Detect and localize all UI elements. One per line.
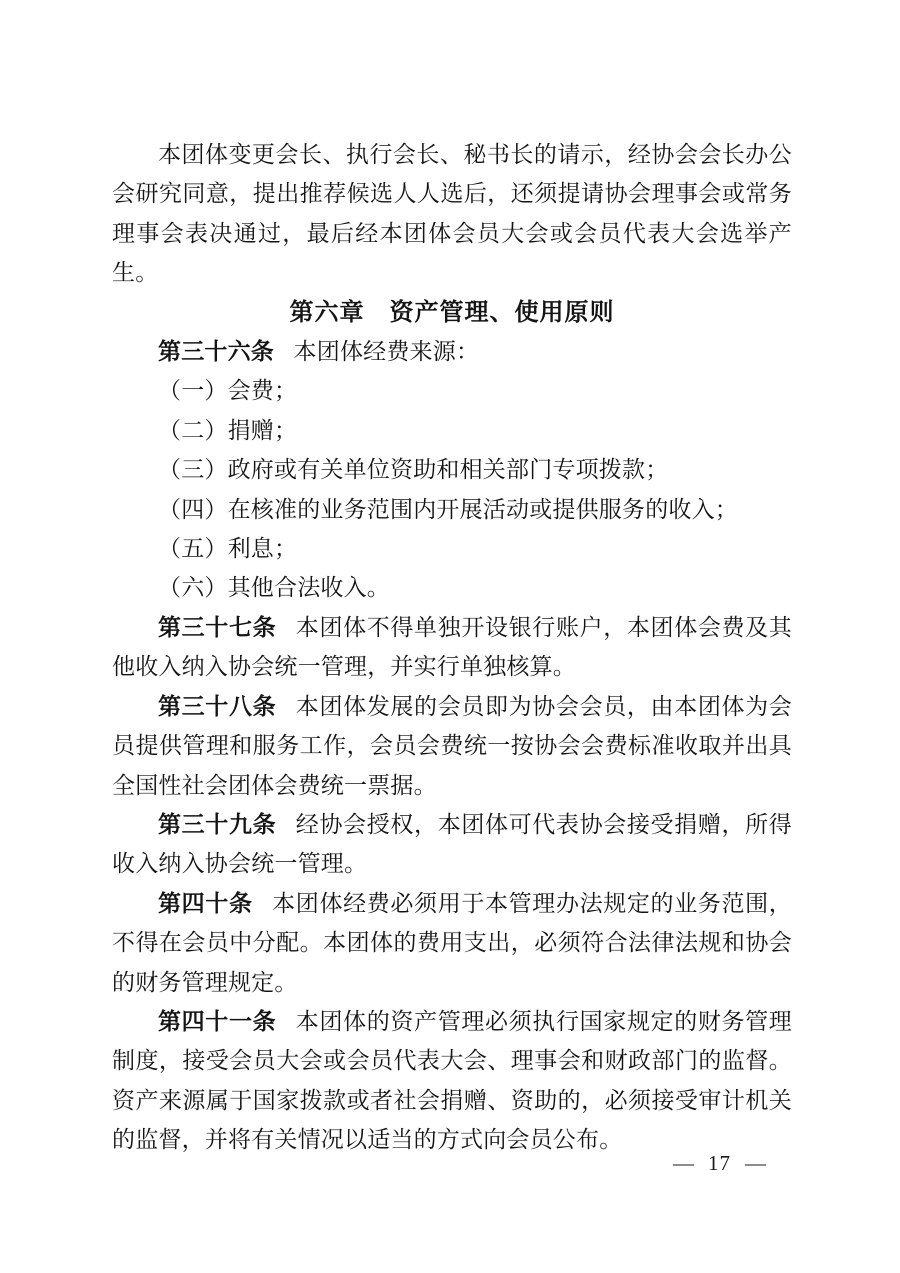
page-number-value: 17 xyxy=(708,1151,731,1175)
list-item: （二）捐赠； xyxy=(112,411,792,450)
article-number: 第三十九条 xyxy=(158,812,276,837)
article-paragraph: 第三十七条本团体不得单独开设银行账户，本团体会费及其他收入纳入协会统一管理，并实… xyxy=(112,608,792,687)
article-paragraph: 第三十九条经协会授权，本团体可代表协会接受捐赠，所得收入纳入协会统一管理。 xyxy=(112,805,792,884)
chapter-number: 第六章 xyxy=(290,299,365,326)
list-item: （三）政府或有关单位资助和相关部门专项拨款； xyxy=(112,450,792,489)
list-item: （六）其他合法收入。 xyxy=(112,568,792,607)
article-text: 本团体经费来源： xyxy=(294,339,480,364)
chapter-title: 资产管理、使用原则 xyxy=(390,299,615,326)
article-number: 第三十七条 xyxy=(158,615,276,640)
article-paragraph: 第三十六条本团体经费来源： xyxy=(112,332,792,371)
page-number-left-dash: — xyxy=(673,1151,694,1175)
page-number: —17— xyxy=(673,1148,766,1178)
article-paragraph: 第四十条本团体经费必须用于本管理办法规定的业务范围，不得在会员中分配。本团体的费… xyxy=(112,884,792,1002)
list-item: （一）会费； xyxy=(112,371,792,410)
article-paragraph: 第三十八条本团体发展的会员即为协会会员，由本团体为会员提供管理和服务工作，会员会… xyxy=(112,687,792,805)
article-number: 第四十条 xyxy=(158,891,253,916)
document-page: 本团体变更会长、执行会长、秘书长的请示，经协会会长办公会研究同意，提出推荐候选人… xyxy=(0,0,900,1273)
article-number: 第三十六条 xyxy=(158,339,274,364)
chapter-heading: 第六章 资产管理、使用原则 xyxy=(112,293,792,332)
article-number: 第四十一条 xyxy=(158,1009,276,1034)
article-number: 第三十八条 xyxy=(158,694,276,719)
document-body: 本团体变更会长、执行会长、秘书长的请示，经协会会长办公会研究同意，提出推荐候选人… xyxy=(112,135,792,1160)
article-paragraph: 第四十一条本团体的资产管理必须执行国家规定的财务管理制度，接受会员大会或会员代表… xyxy=(112,1002,792,1160)
paragraph: 本团体变更会长、执行会长、秘书长的请示，经协会会长办公会研究同意，提出推荐候选人… xyxy=(112,135,792,293)
page-number-right-dash: — xyxy=(745,1151,766,1175)
list-item: （四）在核准的业务范围内开展活动或提供服务的收入； xyxy=(112,490,792,529)
list-item: （五）利息； xyxy=(112,529,792,568)
